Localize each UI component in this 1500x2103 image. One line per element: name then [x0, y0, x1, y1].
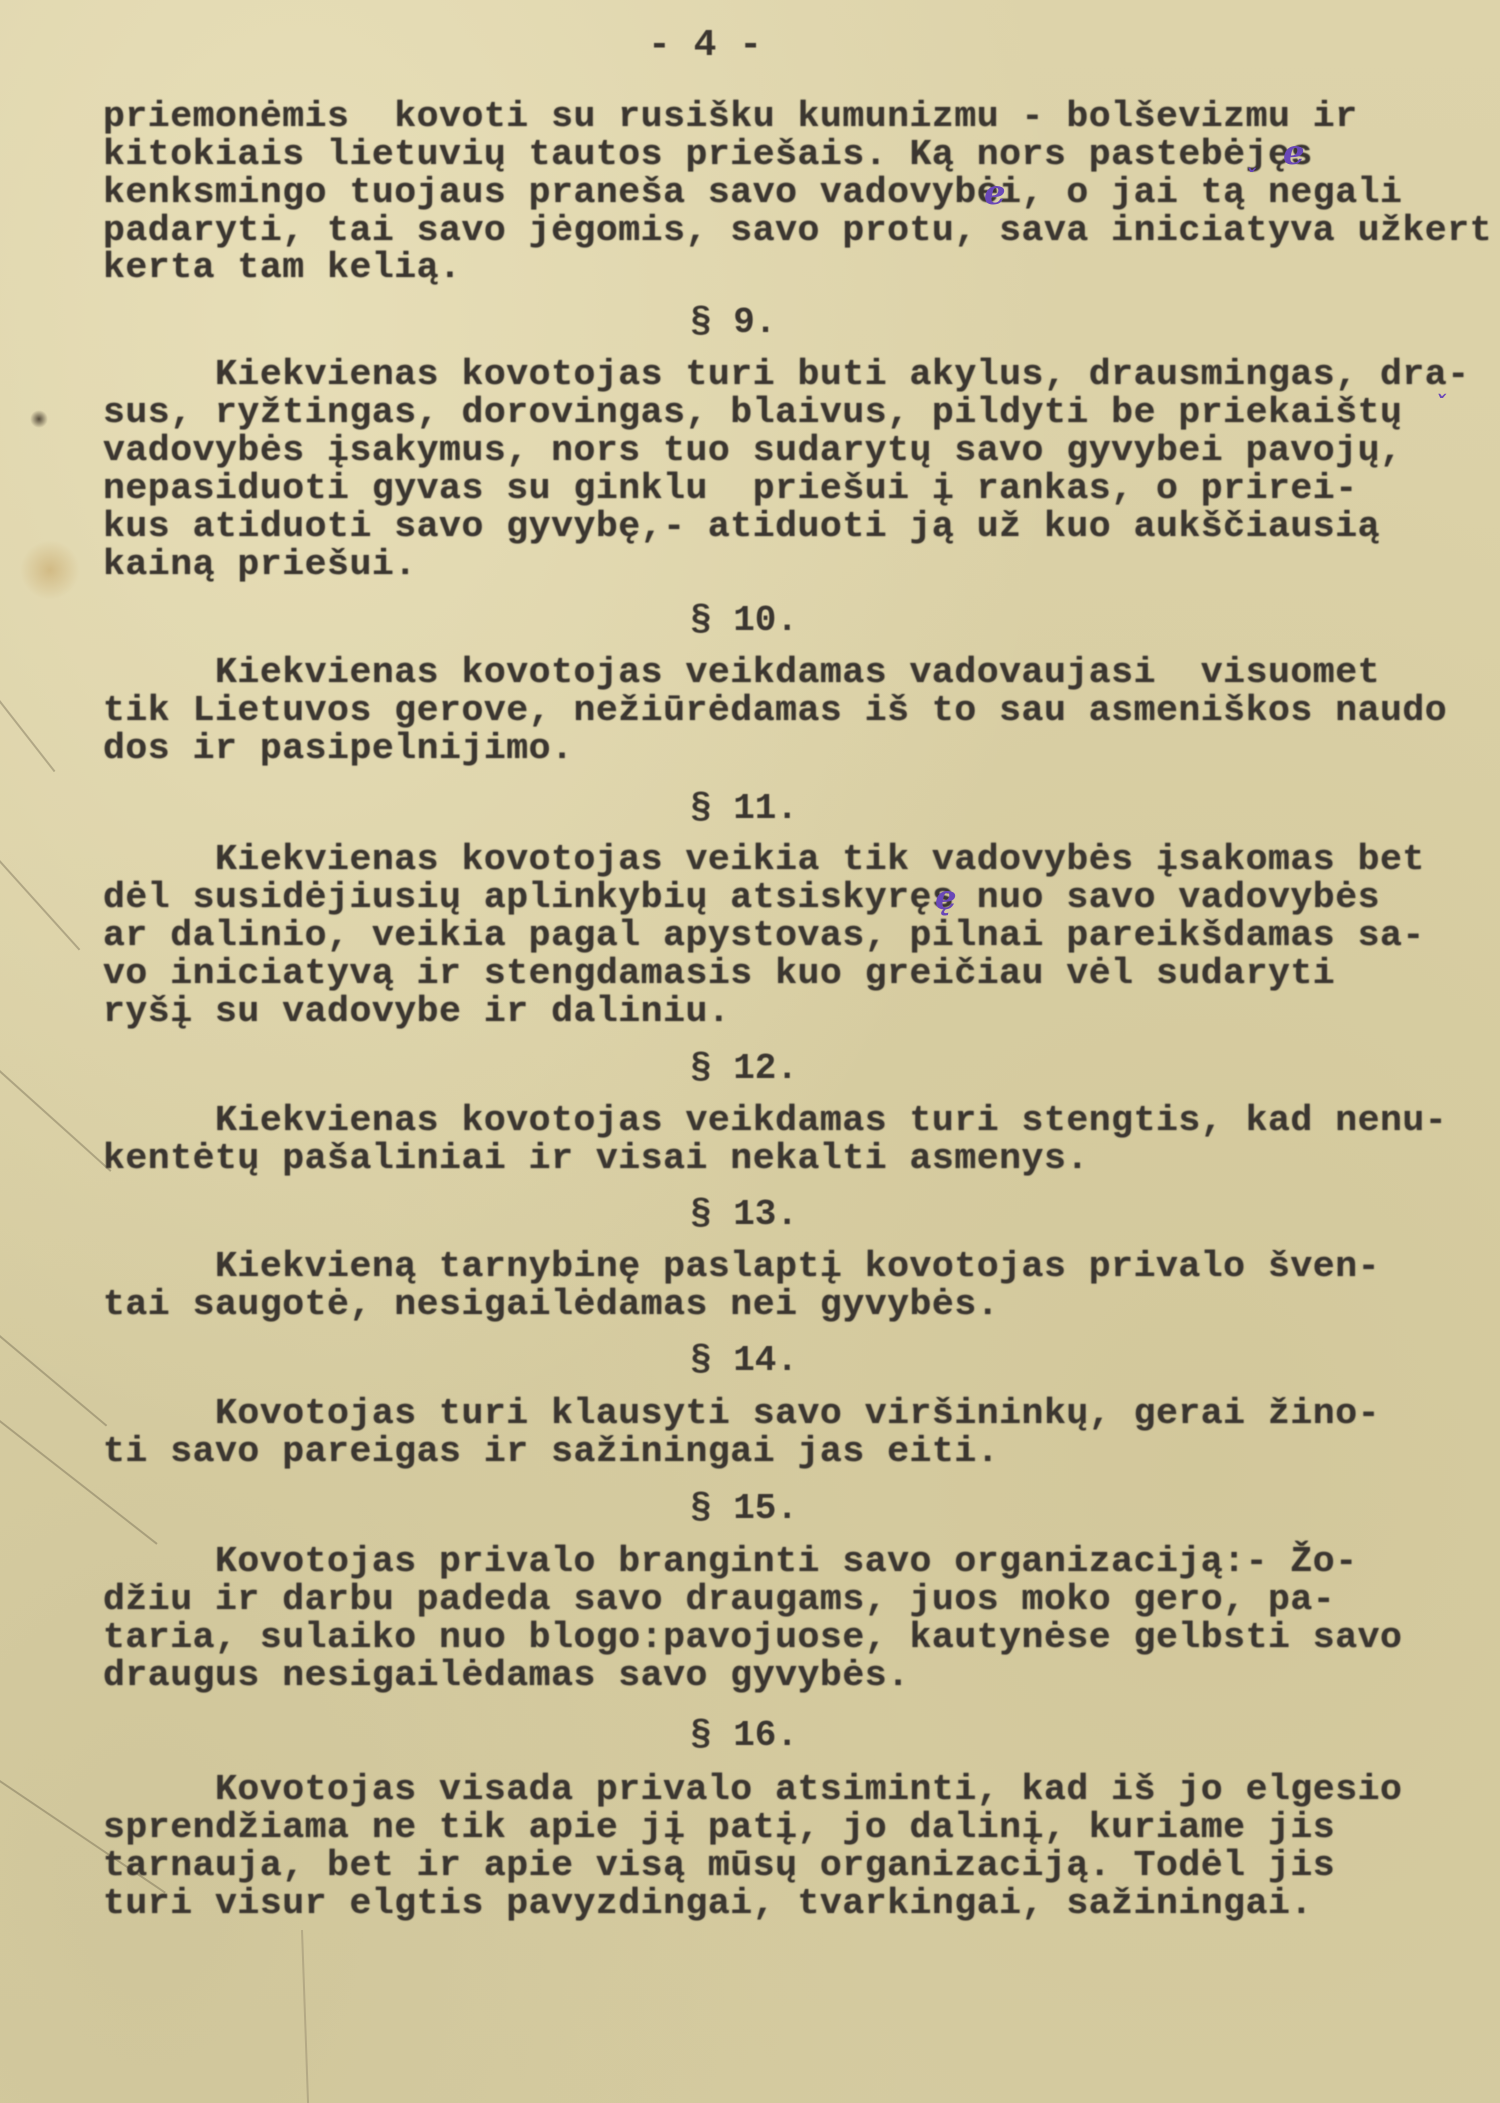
section-heading-13: § 13.	[690, 1194, 798, 1235]
section-heading-9: § 9.	[690, 302, 776, 343]
section-heading-15: § 15.	[690, 1488, 798, 1529]
section-16-paragraph: Kovotojas visada privalo atsiminti, kad …	[103, 0, 1500, 205]
handwritten-correction: ę	[935, 878, 957, 918]
handwritten-correction: ˇ	[1245, 166, 1256, 192]
text-line: tai saugotė, nesigailėdamas nei gyvybės.	[103, 1286, 999, 1324]
section-heading-14: § 14.	[690, 1340, 798, 1381]
paper-stain	[30, 410, 48, 428]
text-line: Kiekvienas kovotojas veikdamas turi sten…	[103, 1102, 1447, 1140]
text-line: Kovotojas turi klausyti savo viršininkų,…	[103, 1395, 1380, 1433]
text-line: sus, ryžtingas, dorovingas, blaivus, pil…	[103, 394, 1402, 432]
section-heading-11: § 11.	[690, 788, 798, 829]
text-line: Kiekvienas kovotojas veikdamas vadovauja…	[103, 654, 1380, 692]
text-line: tik Lietuvos gerove, nežiūrėdamas iš to …	[103, 692, 1447, 730]
section-heading-12: § 12.	[690, 1048, 798, 1089]
text-line: Kovotojas privalo branginti savo organiz…	[103, 1543, 1358, 1581]
text-line: ar dalinio, veikia pagal apystovas, piln…	[103, 917, 1425, 955]
text-line: vadovybės įsakymus, nors tuo sudarytų sa…	[103, 432, 1402, 470]
text-line: dos ir pasipelnijimo.	[103, 730, 573, 768]
paper-stain	[20, 540, 80, 600]
text-line: sprendžiama ne tik apie jį patį, jo dali…	[103, 1809, 1335, 1847]
section-heading-16: § 16.	[690, 1715, 798, 1756]
section-heading-10: § 10.	[690, 600, 798, 641]
text-line: turi visur elgtis pavyzdingai, tvarkinga…	[103, 1885, 1313, 1923]
text-line: kus atiduoti savo gyvybę,- atiduoti ją u…	[103, 508, 1380, 546]
handwritten-correction: e	[1283, 133, 1305, 173]
text-line: Kiekvieną tarnybinę paslaptį kovotojas p…	[103, 1248, 1380, 1286]
text-line: ti savo pareigas ir sažiningai jas eiti.	[103, 1433, 999, 1471]
text-line: Kovotojas visada privalo atsiminti, kad …	[103, 1771, 1402, 1809]
text-line: džiu ir darbu padeda savo draugams, juos…	[103, 1581, 1335, 1619]
text-line: kentėtų pašaliniai ir visai nekalti asme…	[103, 1140, 1089, 1178]
text-line: Kiekvienas kovotojas veikia tik vadovybė…	[103, 841, 1425, 879]
text-line: tarnauja, bet ir apie visą mūsų organiza…	[103, 1847, 1335, 1885]
text-line: nepasiduoti gyvas su ginklu priešui į ra…	[103, 470, 1358, 508]
text-line: Kiekvienas kovotojas turi buti akylus, d…	[103, 356, 1470, 394]
text-line: ryšį su vadovybe ir daliniu.	[103, 993, 730, 1031]
handwritten-correction: ˇ	[1435, 392, 1446, 418]
text-line: dėl susidėjiusių aplinkybių atsiskyręs n…	[103, 879, 1380, 917]
text-line: taria, sulaiko nuo blogo:pavojuose, kaut…	[103, 1619, 1402, 1657]
text-line: kainą priešui.	[103, 546, 417, 584]
text-line: vo iniciatyvą ir stengdamasis kuo greiči…	[103, 955, 1335, 993]
text-line: draugus nesigailėdamas savo gyvybės.	[103, 1657, 910, 1695]
handwritten-correction: e	[984, 173, 1006, 213]
